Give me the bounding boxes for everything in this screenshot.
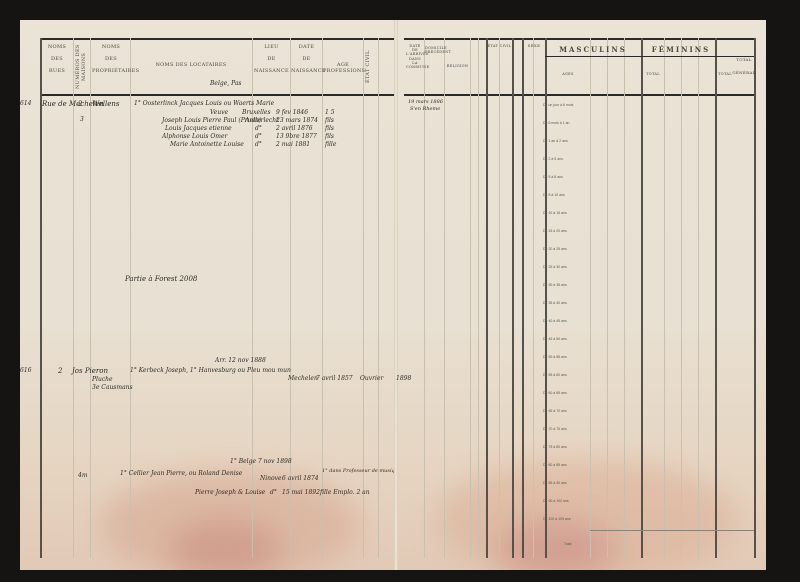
age-group-label: De 75 à 80 ans [543,445,567,449]
birthdate: 6 avril 1874 [282,475,319,482]
header-text: GÉNÉRAL [732,71,756,76]
column-line [698,38,699,558]
age-group-label: De 60 à 65 ans [543,391,567,395]
birthplace: Ninove [260,475,282,482]
header-domicile-precedent: DOMICILE précédent [425,46,444,54]
relation: fille [325,141,336,148]
departure-note: Partie à Forest 2008 [125,275,197,283]
arrival-annotation: Arr. 12 nov 1888 [215,357,266,364]
column-line [512,38,514,558]
column-line [545,38,547,558]
owner-sub: 3 [80,116,84,123]
header-total-general: TOTAL GÉNÉRAL [732,58,756,76]
header-text: RUES [42,68,72,74]
profession: Ouvrier [360,375,383,382]
column-line [522,38,524,558]
header-text: de [253,56,290,62]
tenant-name: Veuve [210,109,228,116]
header-noms-des-proprietaires: NOMS des PROPRIÉTAIRES [92,44,130,74]
age-group-label: De 100 à 105 ans [543,517,571,521]
profession: 1° dans Professeur de musique [322,468,395,474]
age-group-label: De 55 à 60 ans [543,373,567,377]
age-group-label: De 15 à 20 ans [543,229,567,233]
age-group-label: De 5 à 8 ans [543,175,563,179]
birthplace: d° [255,133,262,140]
header-feminins: FÉMININS [646,46,716,54]
column-line [533,38,534,558]
age-group-label: De 80 à 85 ans [543,463,567,467]
birthdate: 13 9bre 1877 [276,133,317,140]
column-line [424,38,425,558]
column-line [40,38,42,558]
owner-name: Wellens [92,100,120,108]
age-group-label: De 25 à 30 ans [543,265,567,269]
column-line [664,38,665,558]
header-sexe: SEXE [523,44,545,49]
age-group-label: De 90 à 100 ans [543,499,569,503]
relation: fils [325,125,334,132]
column-line [130,38,131,558]
arrival-date: 19 mars 1886 [408,99,443,105]
house-number: 2 [78,100,82,108]
header-bottom-rule [404,94,754,96]
birthplace: d° [255,125,262,132]
header-noms-des-rues: NOMS des RUES [42,44,72,74]
column-line [73,38,74,558]
census-register: NOMS des RUES NUMÉROS DES MAISONS NOMS d… [20,20,766,570]
birthplace: d° [270,489,277,496]
column-line [624,38,625,558]
age-group-label: De 20 à 25 ans [543,247,567,251]
relation: fille Emplo. 2 an [320,489,370,496]
header-text: des [92,56,130,62]
header-text: PROPRIÉTAIRES [92,68,130,74]
top-rule [40,38,395,40]
top-rule [404,38,754,40]
relation: fils [325,117,334,124]
tenant-name: Marie Antoinette Louise [170,141,244,148]
left-page: NOMS des RUES NUMÉROS DES MAISONS NOMS d… [20,20,395,570]
owner-sub: 3e Causmans [92,384,133,391]
header-ages: AGES [546,72,590,76]
column-line [715,38,717,558]
column-line [470,38,471,558]
age-group-label: De 85 à 90 ans [543,481,567,485]
column-line [681,38,682,558]
column-line [641,38,643,558]
house-number: 2 [58,367,62,375]
birthplace: Anderlecht [245,117,279,124]
header-text: LIEU [253,44,290,50]
tenant-name: Alphonse Louis Omer [162,133,227,140]
header-date-de-naissance: DATE de NAISSANCE [291,44,322,74]
header-text: NAISSANCE [253,68,290,74]
tenant-name: 1° Kerbeck Joseph, 1° Hanvesburg ou Pleu… [130,367,291,374]
header-etat-civil: ÉTAT CIVIL [365,42,377,92]
year-note: 1898 [396,375,411,382]
birthdate: 2 avril 1876 [276,125,313,132]
header-noms-des-locataires: NOMS DES LOCATAIRES [132,62,250,68]
column-line [252,38,253,558]
header-etat-civil-group: ÉTAT CIVIL [487,44,512,48]
age-profession: 1 5 [325,109,335,116]
header-text: précédent [425,50,444,54]
column-line [478,38,479,558]
total-label: Total [564,542,571,546]
column-line [754,38,756,558]
birthplace: Bruxelles [242,109,271,116]
header-text: NOMS [92,44,130,50]
header-religion: RELIGION [445,64,470,68]
age-group-label: De 65 à 70 ans [543,409,567,413]
total-rule [590,530,754,531]
column-line [590,38,591,558]
owner-sub: 4m [78,472,88,479]
header-date-arrivee: DATE de l'arrivée dans la commune [406,44,424,69]
birthdate: 7 avril 1857 [316,375,353,382]
age-group-label: De 70 à 75 ans [543,427,567,431]
header-total-m: TOTAL [642,72,664,76]
relation: fils [325,133,334,140]
column-line [444,38,445,558]
birthplace: Mechelen [288,375,318,382]
header-text: commune [406,65,424,69]
annotation: 1° Belge 7 nov 1898 [230,458,292,465]
header-text: NAISSANCE [291,68,322,74]
column-line [378,38,379,558]
header-lieu-de-naissance: LIEU de NAISSANCE [253,44,290,74]
age-group-label: De un jour à 6 mois [543,103,573,107]
column-line [607,38,608,558]
age-group-label: De 50 à 55 ans [543,355,567,359]
birthdate: 15 mai 1892 [282,489,320,496]
header-numeros-des-maisons: NUMÉROS DES MAISONS [75,42,89,92]
header-bottom-rule [40,94,395,96]
birthdate: 9 fev 1846 [276,109,308,116]
margin-number: 614 [20,100,31,107]
header-text: de [291,56,322,62]
owner-sub: Pluche [92,376,113,383]
birthdate: 23 mars 1874 [276,117,318,124]
age-group-label: De 30 à 35 ans [543,283,567,287]
header-text: NOMS [42,44,72,50]
birthplace: d° [255,141,262,148]
header-text: des [42,56,72,62]
margin-number: 616 [20,367,31,374]
tenant-name: 1° Cellier Jean Pierre, ou Roland Denise [120,470,242,477]
age-group-label: De 40 à 45 ans [543,319,567,323]
tenant-name: 1° Oosterlinck Jacques Louis ou Waerts M… [134,100,274,107]
header-age-professions: AGE PROFESSIONS [323,62,363,74]
previous-domicile: S'en Rheme [410,106,440,112]
column-line [322,38,323,558]
age-group-label: De 8 à 10 ans [543,193,565,197]
column-line [499,38,500,558]
right-page: DATE de l'arrivée dans la commune DOMICI… [396,20,766,570]
birthdate: 2 mai 1881 [276,141,310,148]
tenant-name: Pierre Joseph & Louise [195,489,265,496]
age-group-label: De 10 à 15 ans [543,211,567,215]
column-line [486,38,488,558]
age-group-label: De 45 à 50 ans [543,337,567,341]
age-group-label: De 35 à 40 ans [543,301,567,305]
owner-name: Jos Pieron [72,367,108,375]
header-masculins: MASCULINS [548,46,638,54]
header-annotation: Belge, Pas [210,80,242,87]
tenant-name: Louis Jacques etienne [165,125,232,132]
column-line [363,38,364,558]
header-text: DATE [291,44,322,50]
header-text: TOTAL [732,58,756,63]
column-line [90,38,91,558]
header-text: l'arrivée [406,52,424,56]
age-group-label: De 1 an à 2 ans [543,139,568,143]
age-group-label: De 2 à 5 ans [543,157,563,161]
age-group-label: De 6 mois à 1 an [543,121,569,125]
subheader-rule [545,56,754,57]
